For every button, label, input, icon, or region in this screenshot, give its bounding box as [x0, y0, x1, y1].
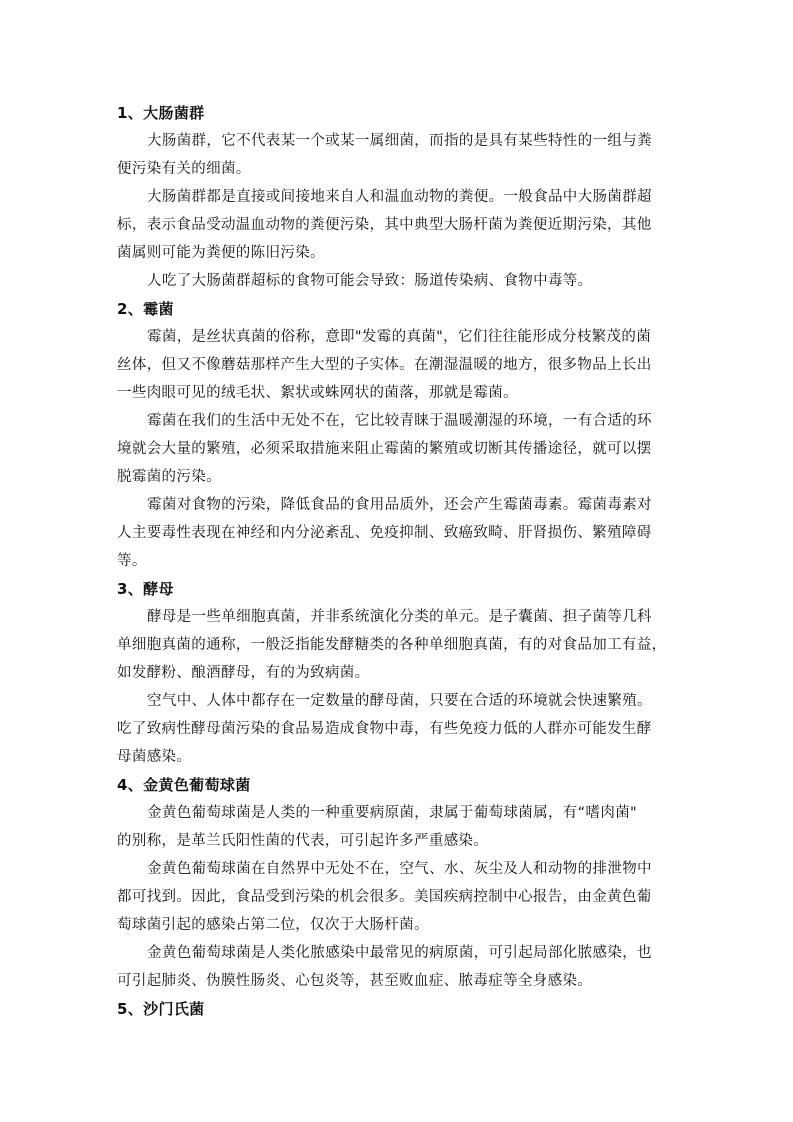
- text-line: 霉菌在我们的生活中无处不在，它比较青睐于温暖潮湿的环境，一有合适的环: [117, 407, 677, 435]
- text-line: 空气中、人体中都存在一定数量的酵母菌，只要在合适的环境就会快速繁殖。: [117, 687, 677, 715]
- text-line: 母菌感染。: [117, 743, 677, 771]
- text-line: 人吃了大肠菌群超标的食物可能会导致：肠道传染病、食物中毒等。: [117, 267, 677, 295]
- section-heading: 3、酵母: [117, 575, 677, 603]
- text-line: 金黄色葡萄球菌是人类化脓感染中最常见的病原菌，可引起局部化脓感染，也: [117, 939, 677, 967]
- paragraph: 金黄色葡萄球菌是人类化脓感染中最常见的病原菌，可引起局部化脓感染，也 可引起肺炎…: [117, 939, 677, 995]
- section-heading: 1、大肠菌群: [117, 99, 677, 127]
- text-line: 大肠菌群都是直接或间接地来自人和温血动物的粪便。一般食品中大肠菌群超: [117, 183, 677, 211]
- text-line: 菌属则可能为粪便的陈旧污染。: [117, 239, 677, 267]
- text-line: 的别称，是革兰氏阳性菌的代表，可引起许多严重感染。: [117, 827, 677, 855]
- text-line: 人主要毒性表现在神经和内分泌紊乱、免疫抑制、致癌致畸、肝肾损伤、繁殖障碍: [117, 519, 677, 547]
- text-line: 可引起肺炎、伪膜性肠炎、心包炎等，甚至败血症、脓毒症等全身感染。: [117, 967, 677, 995]
- text-line: 吃了致病性酵母菌污染的食品易造成食物中毒，有些免疫力低的人群亦可能发生酵: [117, 715, 677, 743]
- paragraph: 空气中、人体中都存在一定数量的酵母菌，只要在合适的环境就会快速繁殖。 吃了致病性…: [117, 687, 677, 771]
- text-line: 酵母是一些单细胞真菌，并非系统演化分类的单元。是子囊菌、担子菌等几科: [117, 603, 677, 631]
- text-line: 霉菌对食物的污染，降低食品的食用品质外，还会产生霉菌毒素。霉菌毒素对: [117, 491, 677, 519]
- section-heading: 2、霉菌: [117, 295, 677, 323]
- section-heading: 4、金黄色葡萄球菌: [117, 771, 677, 799]
- paragraph: 人吃了大肠菌群超标的食物可能会导致：肠道传染病、食物中毒等。: [117, 267, 677, 295]
- paragraph: 酵母是一些单细胞真菌，并非系统演化分类的单元。是子囊菌、担子菌等几科 单细胞真菌…: [117, 603, 677, 687]
- text-line: 霉菌，是丝状真菌的俗称，意即"发霉的真菌"，它们往往能形成分枝繁茂的菌: [117, 323, 677, 351]
- text-line: 等。: [117, 547, 677, 575]
- text-line: 都可找到。因此，食品受到污染的机会很多。美国疾病控制中心报告，由金黄色葡: [117, 883, 677, 911]
- paragraph: 金黄色葡萄球菌是人类的一种重要病原菌，隶属于葡萄球菌属，有“嗜肉菌" 的别称，是…: [117, 799, 677, 855]
- text-line: 金黄色葡萄球菌在自然界中无处不在，空气、水、灰尘及人和动物的排泄物中: [117, 855, 677, 883]
- document-body: 1、大肠菌群 大肠菌群，它不代表某一个或某一属细菌，而指的是具有某些特性的一组与…: [117, 99, 677, 1023]
- text-line: 丝体，但又不像蘑菇那样产生大型的子实体。在潮湿温暖的地方，很多物品上长出: [117, 351, 677, 379]
- text-line: 境就会大量的繁殖，必须采取措施来阻止霉菌的繁殖或切断其传播途径，就可以摆: [117, 435, 677, 463]
- paragraph: 大肠菌群都是直接或间接地来自人和温血动物的粪便。一般食品中大肠菌群超 标，表示食…: [117, 183, 677, 267]
- text-line: 便污染有关的细菌。: [117, 155, 677, 183]
- text-line: 脱霉菌的污染。: [117, 463, 677, 491]
- document-page: 1、大肠菌群 大肠菌群，它不代表某一个或某一属细菌，而指的是具有某些特性的一组与…: [0, 0, 793, 1122]
- paragraph: 霉菌在我们的生活中无处不在，它比较青睐于温暖潮湿的环境，一有合适的环 境就会大量…: [117, 407, 677, 491]
- text-line: 金黄色葡萄球菌是人类的一种重要病原菌，隶属于葡萄球菌属，有“嗜肉菌": [117, 799, 677, 827]
- paragraph: 霉菌对食物的污染，降低食品的食用品质外，还会产生霉菌毒素。霉菌毒素对 人主要毒性…: [117, 491, 677, 575]
- text-line: 一些肉眼可见的绒毛状、絮状或蛛网状的菌落，那就是霉菌。: [117, 379, 677, 407]
- text-line: 大肠菌群，它不代表某一个或某一属细菌，而指的是具有某些特性的一组与粪: [117, 127, 677, 155]
- section-heading: 5、沙门氏菌: [117, 995, 677, 1023]
- text-line: 萄球菌引起的感染占第二位，仅次于大肠杆菌。: [117, 911, 677, 939]
- text-line: 单细胞真菌的通称，一般泛指能发酵糖类的各种单细胞真菌，有的对食品加工有益，: [117, 631, 677, 659]
- text-line: 标，表示食品受动温血动物的粪便污染，其中典型大肠杆菌为粪便近期污染，其他: [117, 211, 677, 239]
- paragraph: 大肠菌群，它不代表某一个或某一属细菌，而指的是具有某些特性的一组与粪 便污染有关…: [117, 127, 677, 183]
- paragraph: 金黄色葡萄球菌在自然界中无处不在，空气、水、灰尘及人和动物的排泄物中 都可找到。…: [117, 855, 677, 939]
- paragraph: 霉菌，是丝状真菌的俗称，意即"发霉的真菌"，它们往往能形成分枝繁茂的菌 丝体，但…: [117, 323, 677, 407]
- text-line: 如发酵粉、酿酒酵母，有的为致病菌。: [117, 659, 677, 687]
